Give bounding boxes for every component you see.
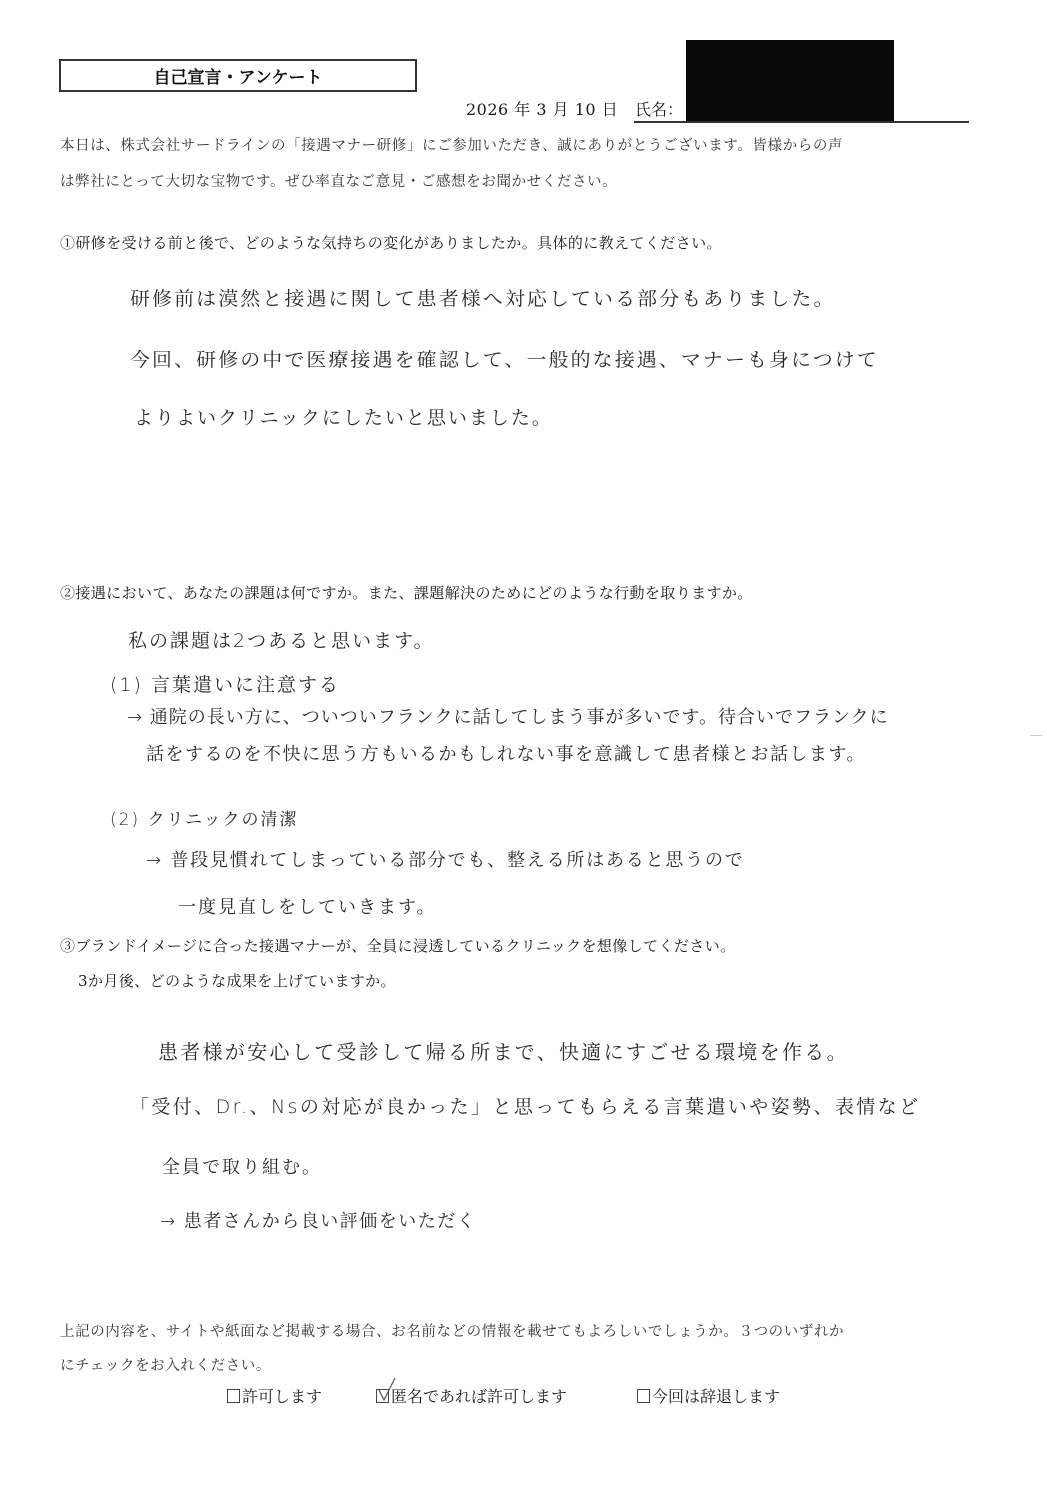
question-2-prompt: ②接遇において、あなたの課題は何ですか。また、課題解決のためにどのような行動を取… xyxy=(60,582,753,603)
consent-option-decline[interactable]: 今回は辞退します xyxy=(637,1384,780,1407)
scan-artifact xyxy=(1030,735,1042,736)
consent-text-line-1: 上記の内容を、サイトや紙面など掲載する場合、お名前などの情報を載せてもよろしいで… xyxy=(60,1320,844,1341)
answer-3-line-1: 患者様が安心して受診して帰る所まで、快適にすごせる環境を作る。 xyxy=(158,1036,849,1065)
name-label: 氏名： xyxy=(635,97,683,120)
answer-2-line-5: (2) クリニックの清潔 xyxy=(110,805,298,830)
consent-option-label: 匿名であれば許可します xyxy=(391,1384,567,1407)
consent-text-line-2: にチェックをお入れください。 xyxy=(60,1354,271,1375)
answer-2-line-4: 話をするのを不快に思う方もいるかもしれない事を意識して患者様とお話します。 xyxy=(146,740,866,766)
answer-1-line-3: よりよいクリニックにしたいと思いました。 xyxy=(134,403,553,430)
intro-line-2: は弊社にとって大切な宝物です。ぜひ率直なご意見・ご感想をお聞かせください。 xyxy=(60,170,617,191)
checkbox-unchecked-icon[interactable] xyxy=(227,1389,240,1403)
answer-2-line-1: 私の課題は2つあると思います。 xyxy=(128,626,435,653)
form-date: 2026 年 3 月 10 日 xyxy=(466,97,618,120)
question-3-prompt-line-1: ③ブランドイメージに合った接遇マナーが、全員に浸透しているクリニックを想像してく… xyxy=(60,935,736,956)
answer-2-line-3: → 通院の長い方に、ついついフランクに話してしまう事が多いです。待合いでフランク… xyxy=(127,703,889,729)
answer-2-line-7: 一度見直しをしていきます。 xyxy=(178,893,437,919)
consent-option-label: 今回は辞退します xyxy=(652,1384,780,1407)
name-redaction xyxy=(686,40,894,122)
answer-1-line-2: 今回、研修の中で医療接遇を確認して、一般的な接遇、マナーも身につけて xyxy=(130,345,879,372)
consent-option-allow[interactable]: 許可します xyxy=(227,1384,322,1407)
check-mark-icon xyxy=(377,1376,399,1402)
answer-2-line-2: (1) 言葉遣いに注意する xyxy=(110,670,340,697)
answer-2-line-6: → 普段見慣れてしまっている部分でも、整える所はあると思うので xyxy=(146,846,745,872)
question-3-prompt-line-2: 3か月後、どのような成果を上げていますか。 xyxy=(78,970,396,991)
form-title: 自己宣言・アンケート xyxy=(59,59,417,92)
checkbox-checked-icon[interactable] xyxy=(376,1389,389,1403)
answer-3-line-4: → 患者さんから良い評価をいただく xyxy=(160,1207,476,1233)
question-1-prompt: ①研修を受ける前と後で、どのような気持ちの変化がありましたか。具体的に教えてくだ… xyxy=(60,232,722,253)
answer-3-line-2: 「受付、Dr.、Nsの対応が良かった」と思ってもらえる言葉遣いや姿勢、表情など xyxy=(130,1092,920,1119)
consent-option-label: 許可します xyxy=(242,1384,322,1407)
consent-option-anonymous[interactable]: 匿名であれば許可します xyxy=(376,1384,567,1407)
checkbox-unchecked-icon[interactable] xyxy=(637,1389,650,1403)
answer-3-line-3: 全員で取り組む。 xyxy=(162,1153,322,1179)
intro-line-1: 本日は、株式会社サードラインの「接遇マナー研修」にご参加いただき、誠にありがとう… xyxy=(60,134,843,155)
name-underline xyxy=(634,121,969,123)
answer-1-line-1: 研修前は漠然と接遇に関して患者様へ対応している部分もありました。 xyxy=(130,284,836,311)
